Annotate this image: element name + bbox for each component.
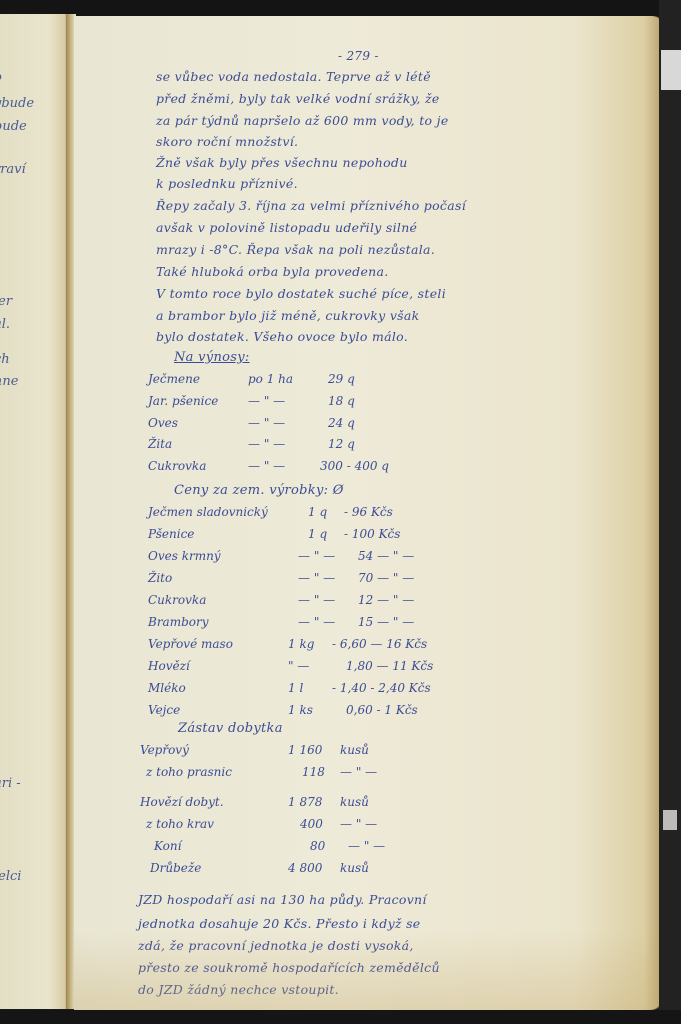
price-item: Mléko — [148, 681, 186, 695]
price-item: Vejce — [148, 703, 180, 717]
left-page-text: ch — [0, 352, 10, 367]
paragraph-3-line: jednotka dosahuje 20 Kčs. Přesto i když … — [138, 916, 421, 931]
paragraph-1-line: před žněmi, byly tak velké vodní srážky,… — [156, 91, 440, 106]
price-unit: — " — — [298, 571, 335, 585]
yield-crop: Jar. pšenice — [148, 394, 218, 408]
livestock-value: 1 878 — [288, 795, 322, 809]
price-item: Oves krmný — [148, 549, 221, 563]
livestock-value: 118 — [302, 765, 325, 779]
livestock-item: Koní — [154, 839, 181, 853]
price-value: 70 — " — — [358, 571, 414, 585]
paragraph-3-line: zdá, že pracovní jednotka je dosti vysok… — [138, 938, 414, 953]
page-number: - 279 - — [338, 49, 379, 63]
left-page-text: ari - — [0, 776, 21, 791]
left-page: o ybude bude rraví i ier al. ch hne i ar… — [0, 14, 70, 1009]
background-object — [663, 810, 677, 830]
left-page-text: lelci — [0, 869, 21, 884]
livestock-item: Hovězí dobyt. — [140, 795, 224, 809]
price-value: 54 — " — — [358, 549, 414, 563]
price-item: Cukrovka — [148, 593, 206, 607]
left-page-text: ybude — [0, 96, 34, 111]
left-page-text: bude — [0, 119, 27, 134]
yield-crop: Ječmene — [148, 372, 200, 386]
price-value: - 6,60 — 16 Kčs — [332, 637, 427, 651]
livestock-value: 4 800 — [288, 861, 322, 875]
yield-value: 24 q — [328, 416, 355, 430]
background-object — [661, 50, 681, 90]
price-value: - 96 Kčs — [344, 505, 393, 519]
price-unit: — " — — [298, 615, 335, 629]
paragraph-2-line: mrazy i -8°C. Řepa však na poli nezůstal… — [156, 242, 435, 257]
right-page: - 279 - se vůbec voda nedostala. Teprve … — [74, 16, 662, 1010]
livestock-item: Drůbeže — [150, 861, 201, 875]
left-page-text: o — [0, 70, 2, 85]
paragraph-1-line: skoro roční množství. — [156, 134, 298, 149]
yield-value: 29 q — [328, 372, 355, 386]
yield-crop: Oves — [148, 416, 178, 430]
livestock-unit: kusů — [340, 743, 369, 757]
paragraph-2-line: Také hluboká orba byla provedena. — [156, 264, 389, 279]
yield-unit: — " — — [248, 437, 285, 451]
price-unit: 1 q — [308, 527, 327, 541]
livestock-unit: kusů — [340, 795, 369, 809]
livestock-item: Vepřový — [140, 743, 189, 757]
paragraph-3-line: JZD hospodaří asi na 130 ha půdy. Pracov… — [138, 892, 427, 907]
livestock-value: 400 — [300, 817, 323, 831]
price-value: 15 — " — — [358, 615, 414, 629]
left-page-text: ier — [0, 294, 12, 309]
paragraph-2-line: V tomto roce bylo dostatek suché píce, s… — [156, 286, 446, 301]
yield-unit: — " — — [248, 394, 285, 408]
livestock-unit: — " — — [340, 817, 377, 831]
left-page-text: hne — [0, 374, 18, 389]
livestock-unit: — " — — [340, 765, 377, 779]
livestock-unit: — " — — [348, 839, 385, 853]
price-unit: 1 ks — [288, 703, 313, 717]
yield-value: 300 - 400 q — [320, 459, 389, 473]
left-page-text: rraví — [0, 162, 26, 177]
yields-heading: Na výnosy: — [174, 350, 250, 365]
yield-crop: Žita — [148, 437, 172, 451]
price-unit: 1 l — [288, 681, 303, 695]
paragraph-1-line: k poslednku příznivé. — [156, 176, 298, 191]
yield-value: 18 q — [328, 394, 355, 408]
paragraph-3-line: do JZD žádný nechce vstoupit. — [138, 982, 339, 997]
livestock-item: z toho prasnic — [146, 765, 232, 779]
price-item: Brambory — [148, 615, 209, 629]
price-value: 1,80 — 11 Kčs — [346, 659, 433, 673]
price-item: Ječmen sladovnický — [148, 505, 268, 519]
price-item: Hovězí — [148, 659, 190, 673]
yield-unit: po 1 ha — [248, 372, 293, 386]
price-item: Vepřové maso — [148, 637, 233, 651]
price-value: - 1,40 - 2,40 Kčs — [332, 681, 431, 695]
price-value: 12 — " — — [358, 593, 414, 607]
price-unit: — " — — [298, 593, 335, 607]
price-item: Pšenice — [148, 527, 194, 541]
background-bottom — [0, 1010, 681, 1024]
livestock-unit: kusů — [340, 861, 369, 875]
livestock-value: 1 160 — [288, 743, 322, 757]
paragraph-3-line: přesto ze soukromě hospodařících zeměděl… — [138, 960, 440, 975]
yield-crop: Cukrovka — [148, 459, 206, 473]
left-page-text: al. — [0, 317, 10, 332]
paragraph-2-line: Řepy začaly 3. října za velmi příznivého… — [156, 198, 466, 213]
paragraph-1-line: se vůbec voda nedostala. Teprve až v lét… — [156, 69, 431, 84]
price-value: - 100 Kčs — [344, 527, 400, 541]
background-right — [659, 0, 681, 1024]
paragraph-2-line: bylo dostatek. Všeho ovoce bylo málo. — [156, 329, 408, 344]
livestock-item: z toho krav — [146, 817, 214, 831]
prices-heading: Ceny za zem. výrobky: Ø — [174, 483, 344, 498]
price-unit: 1 q — [308, 505, 327, 519]
price-value: 0,60 - 1 Kčs — [346, 703, 418, 717]
paragraph-1-line: za pár týdnů napršelo až 600 mm vody, to… — [156, 113, 449, 128]
price-item: Žito — [148, 571, 172, 585]
paragraph-2-line: avšak v polovině listopadu udeřily silné — [156, 220, 417, 235]
yield-value: 12 q — [328, 437, 355, 451]
livestock-value: 80 — [310, 839, 325, 853]
livestock-heading: Zástav dobytka — [178, 721, 283, 736]
paragraph-1-line: Žně však byly přes všechnu nepohodu — [156, 155, 408, 170]
yield-unit: — " — — [248, 416, 285, 430]
yield-unit: — " — — [248, 459, 285, 473]
paragraph-2-line: a brambor bylo již méně, cukrovky však — [156, 308, 420, 323]
price-unit: " — — [288, 659, 309, 673]
price-unit: 1 kg — [288, 637, 314, 651]
price-unit: — " — — [298, 549, 335, 563]
